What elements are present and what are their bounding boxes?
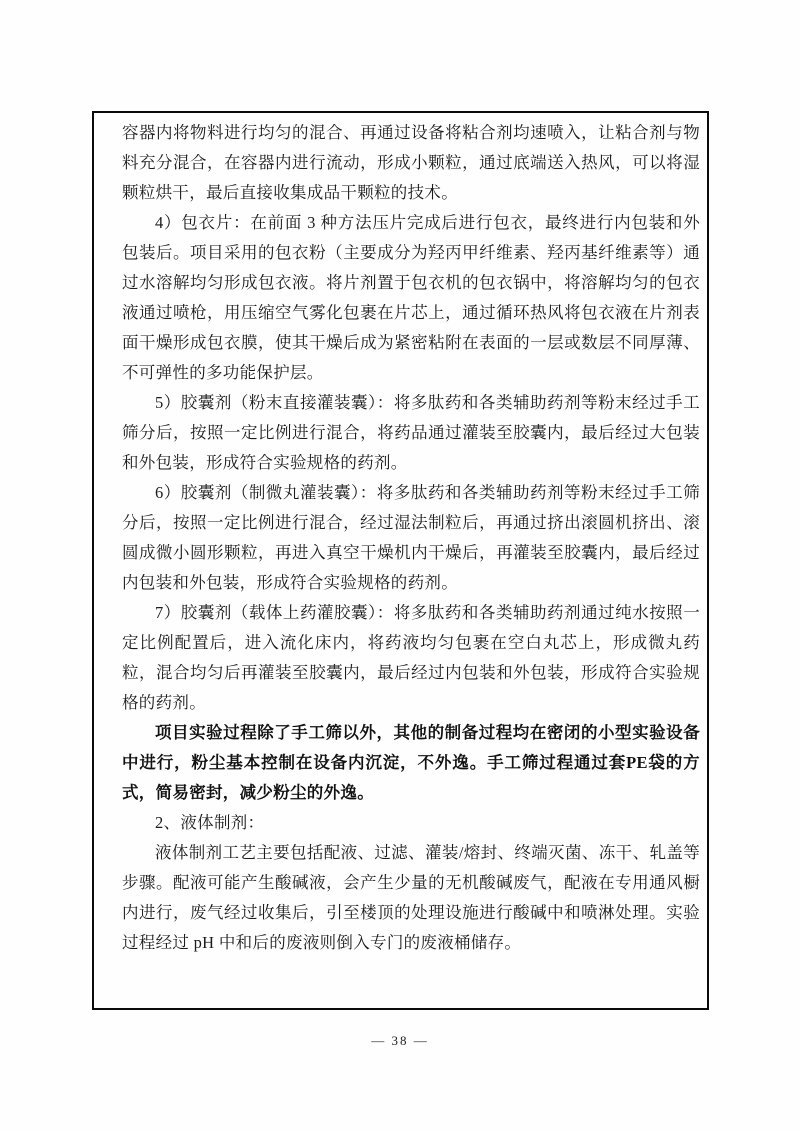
paragraph-capsule-carrier-loading: 7）胶囊剂（载体上药灌胶囊）：将多肽药和各类辅助药剂通过纯水按照一定比例配置后，… — [122, 598, 700, 718]
content-border-box: 容器内将物料进行均匀的混合、再通过设备将粘合剂均速喷入，让粘合剂与物料充分混合，… — [92, 111, 709, 1010]
paragraph-coated-tablet: 4）包衣片：在前面 3 种方法压片完成后进行包衣，最终进行内包装和外包装后。项目… — [122, 208, 700, 388]
page-number: — 38 — — [0, 1033, 800, 1049]
paragraph-capsule-powder-filling: 5）胶囊剂（粉末直接灌装囊）：将多肽药和各类辅助药剂等粉末经过手工筛分后，按照一… — [122, 388, 700, 478]
paragraph-liquid-preparation-process: 液体制剂工艺主要包括配液、过滤、灌装/熔封、终端灭菌、冻干、轧盖等步骤。配液可能… — [122, 838, 700, 958]
paragraph-granulation-continuation: 容器内将物料进行均匀的混合、再通过设备将粘合剂均速喷入，让粘合剂与物料充分混合，… — [122, 118, 700, 208]
paragraph-dust-control-note: 项目实验过程除了手工筛以外，其他的制备过程均在密闭的小型实验设备中进行，粉尘基本… — [122, 718, 700, 808]
paragraph-liquid-preparation-heading: 2、液体制剂： — [122, 808, 700, 838]
paragraph-capsule-micropellet: 6）胶囊剂（制微丸灌装囊）：将多肽药和各类辅助药剂等粉末经过手工筛分后，按照一定… — [122, 478, 700, 598]
document-page: 容器内将物料进行均匀的混合、再通过设备将粘合剂均速喷入，让粘合剂与物料充分混合，… — [0, 0, 800, 1131]
